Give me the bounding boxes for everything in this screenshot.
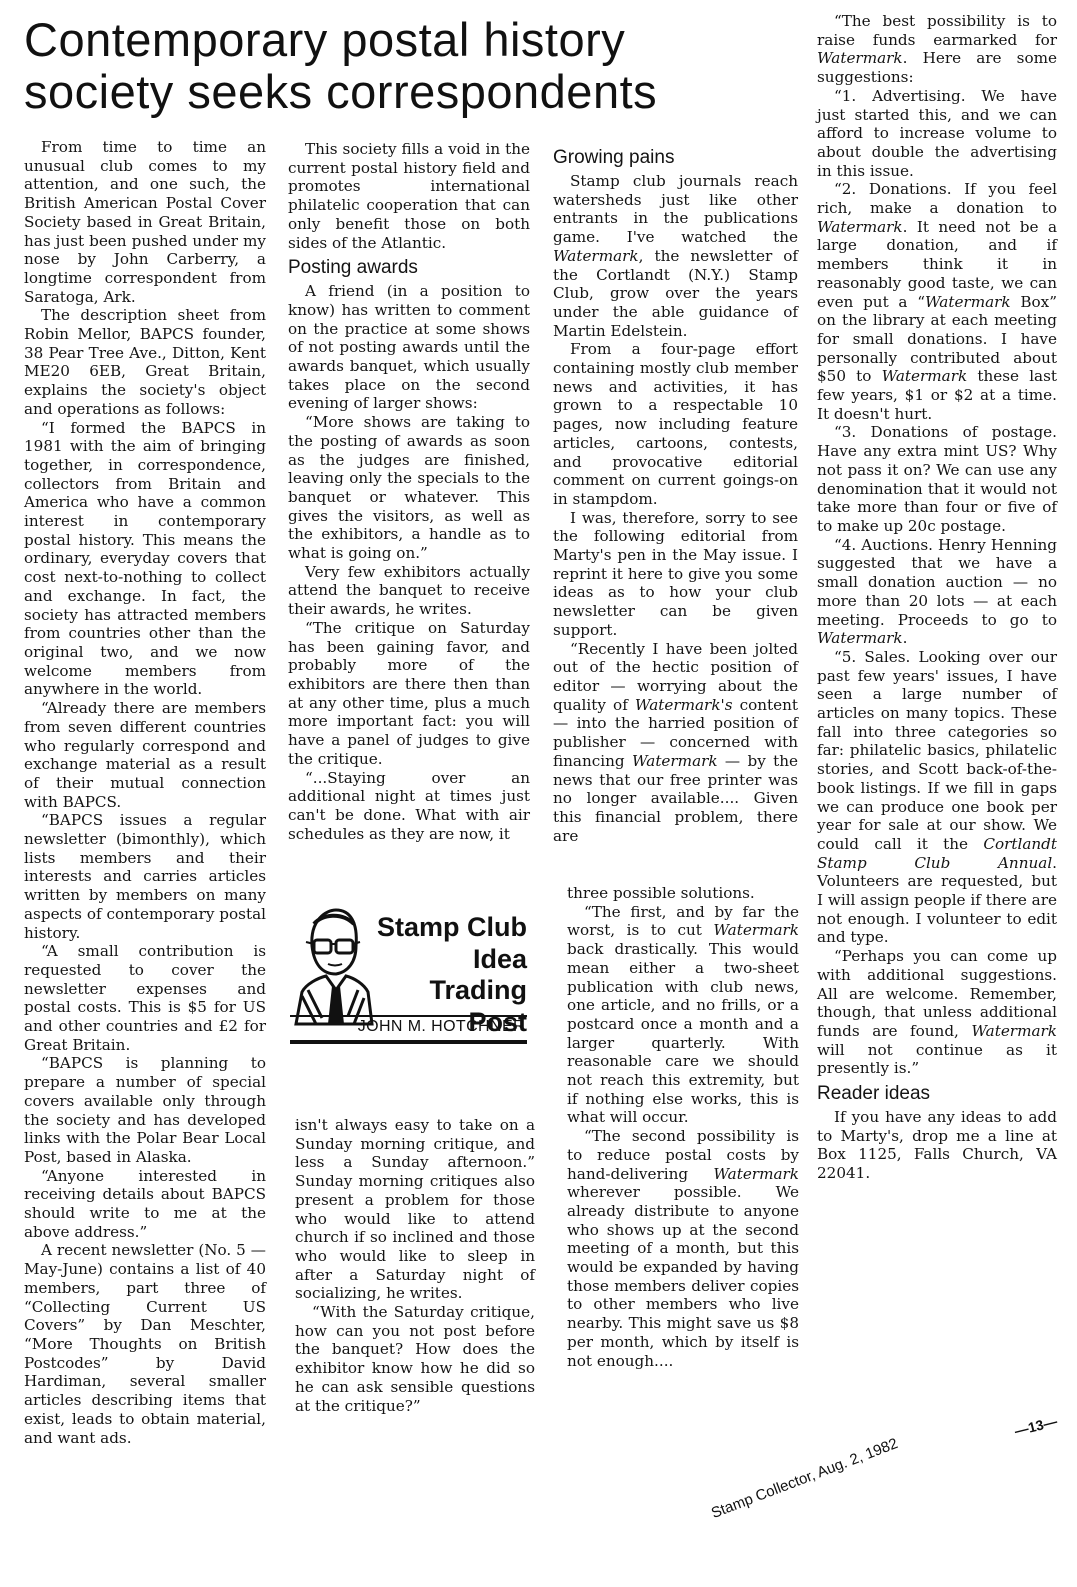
publication-title: Watermark xyxy=(817,629,903,647)
paragraph: The description sheet from Robin Mellor,… xyxy=(24,306,266,418)
text: “4. Auctions. Henry Henning suggested th… xyxy=(817,536,1057,629)
headline-line-1: Contemporary postal history xyxy=(24,13,625,66)
paragraph: “Anyone interested in receiving details … xyxy=(24,1167,266,1242)
paragraph: “2. Donations. If you feel rich, make a … xyxy=(817,180,1057,423)
paragraph: “...Staying over an additional night at … xyxy=(288,769,530,844)
page-number: —13— xyxy=(1013,1413,1059,1439)
paragraph: “4. Auctions. Henry Henning suggested th… xyxy=(817,536,1057,648)
logo-title-line: Trading xyxy=(377,975,527,1007)
publication-title: Watermark xyxy=(713,921,799,939)
paragraph: “BAPCS issues a regular newsletter (bimo… xyxy=(24,811,266,942)
paragraph: “With the Saturday critique, how can you… xyxy=(295,1303,535,1415)
logo-title-line: Idea xyxy=(377,944,527,976)
paragraph: I was, therefore, sorry to see the follo… xyxy=(553,509,798,640)
text: will not continue as it presently is.” xyxy=(817,1041,1057,1078)
paragraph: “The best possibility is to raise funds … xyxy=(817,12,1057,87)
divider xyxy=(290,1040,527,1044)
text: “2. Donations. If you feel rich, make a … xyxy=(817,180,1057,217)
column-1: From time to time an unusual club comes … xyxy=(24,138,266,1447)
column-3: Growing pains Stamp club journals reach … xyxy=(553,142,798,845)
paragraph: “Recently I have been jolted out of the … xyxy=(553,640,798,846)
column-3-continued: three possible solutions. “The first, an… xyxy=(567,884,799,1370)
divider xyxy=(290,1015,527,1017)
paragraph: “Already there are members from seven di… xyxy=(24,699,266,811)
paragraph: A friend (in a position to know) has wri… xyxy=(288,282,530,413)
paragraph: From a four-page effort containing mostl… xyxy=(553,340,798,508)
publication-title: Watermark xyxy=(971,1022,1057,1040)
paragraph: three possible solutions. xyxy=(567,884,799,903)
author-byline: JOHN M. HOTCHNER xyxy=(358,1018,525,1036)
column-2-continued: isn't always easy to take on a Sunday mo… xyxy=(295,1116,535,1415)
subhead-posting-awards: Posting awards xyxy=(288,256,530,280)
publication-title: Watermark xyxy=(817,218,903,236)
paragraph: Very few exhibitors actually attend the … xyxy=(288,563,530,619)
paragraph: “More shows are taking to the posting of… xyxy=(288,413,530,563)
paragraph: “5. Sales. Looking over our past few yea… xyxy=(817,648,1057,947)
text: wherever possible. We already distribute… xyxy=(567,1183,799,1369)
subhead-growing-pains: Growing pains xyxy=(553,146,798,170)
publication-title: Watermark xyxy=(882,367,968,385)
subhead-reader-ideas: Reader ideas xyxy=(817,1082,1057,1106)
column-logo: Stamp Club Idea Trading Post JOHN M. HOT… xyxy=(288,900,533,1080)
column-2: This society fills a void in the current… xyxy=(288,140,530,843)
logo-title-line: Stamp Club xyxy=(377,912,527,944)
paragraph: “The second possibility is to reduce pos… xyxy=(567,1127,799,1370)
publication-title: Watermark's xyxy=(635,696,733,714)
paragraph: If you have any ideas to add to Marty's,… xyxy=(817,1108,1057,1183)
source-citation: Stamp Collector, Aug. 2, 1982 xyxy=(709,1435,900,1522)
paragraph: “The critique on Saturday has been gaini… xyxy=(288,619,530,769)
paragraph: “3. Donations of postage. Have any extra… xyxy=(817,423,1057,535)
text: “5. Sales. Looking over our past few yea… xyxy=(817,648,1057,853)
paragraph: A recent newsletter (No. 5 — May-June) c… xyxy=(24,1241,266,1447)
paragraph: “BAPCS is planning to prepare a number o… xyxy=(24,1054,266,1166)
publication-title: Watermark xyxy=(632,752,718,770)
publication-title: Watermark xyxy=(925,293,1011,311)
author-portrait-icon xyxy=(292,906,374,1026)
publication-title: Watermark xyxy=(817,49,903,67)
paragraph: This society fills a void in the current… xyxy=(288,140,530,252)
paragraph: “The first, and by far the worst, is to … xyxy=(567,903,799,1127)
paragraph: isn't always easy to take on a Sunday mo… xyxy=(295,1116,535,1303)
text: . xyxy=(903,629,908,647)
headline-line-2: society seeks correspondents xyxy=(24,65,657,118)
column-4: “The best possibility is to raise funds … xyxy=(817,12,1057,1183)
paragraph: “I formed the BAPCS in 1981 with the aim… xyxy=(24,419,266,700)
paragraph: “A small contribution is requested to co… xyxy=(24,942,266,1054)
publication-title: Watermark xyxy=(713,1165,799,1183)
paragraph: Stamp club journals reach watersheds jus… xyxy=(553,172,798,340)
article-headline: Contemporary postal history society seek… xyxy=(24,14,804,118)
publication-title: Watermark xyxy=(553,247,639,265)
text: Stamp club journals reach watersheds jus… xyxy=(553,172,798,246)
text: “The best possibility is to raise funds … xyxy=(817,12,1057,49)
paragraph: “1. Advertising. We have just started th… xyxy=(817,87,1057,181)
paragraph: From time to time an unusual club comes … xyxy=(24,138,266,306)
text: back drastically. This would mean either… xyxy=(567,940,799,1126)
paragraph: “Perhaps you can come up with additional… xyxy=(817,947,1057,1078)
